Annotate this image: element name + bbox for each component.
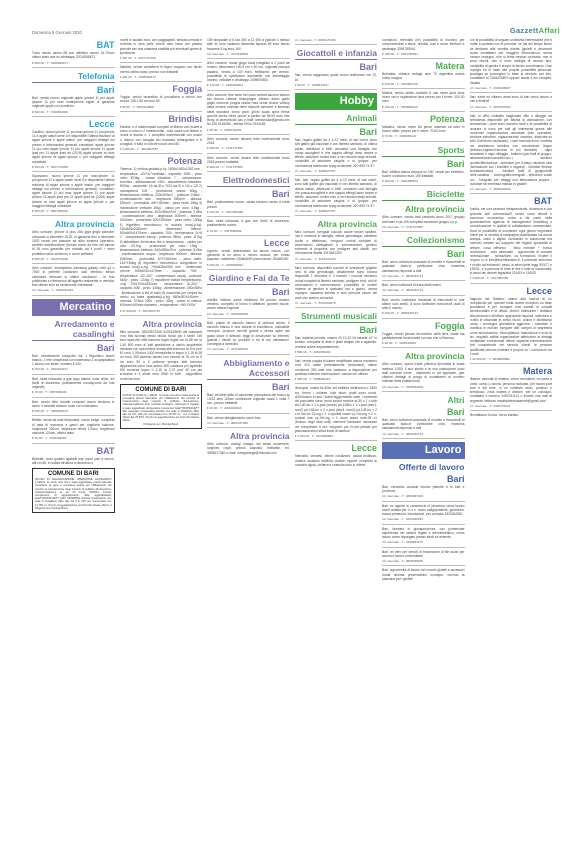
ad-price: € 600,00 - T.: 3711737865: [207, 165, 290, 172]
column-5: condizioni. eternalla (re) possibilità d…: [382, 38, 465, 828]
ad-price: € 100,00 - T.: 3408096116: [382, 105, 465, 112]
divider: [207, 284, 290, 285]
ad-text: Foggia, vendo piccolo tecomelivo della l…: [382, 332, 465, 341]
ad-price: € 34.000,00 - T.: 0848580806: [470, 357, 553, 364]
ad-price: Inf. riservate - T.: 0006176196: [295, 38, 378, 45]
public-notice-box: COMUNE DI BARI AVVISO DI AGGIUDICAZIONE …: [32, 468, 115, 513]
ad-price: € 3.400,00 - T.: 0110968959: [295, 434, 378, 441]
divider: [32, 82, 115, 83]
divider: [382, 200, 465, 201]
ad-text: Monopoli, roland td-30kv set batteria el…: [295, 386, 378, 433]
ad-price: € 50,00 - T.: 3208944157: [295, 83, 378, 90]
ad-price: Inf. riservate - T.: 3492761113: [470, 404, 553, 411]
notice-text: AVVISO DI GARA N. L.190/21. Si rende not…: [123, 394, 200, 423]
ad-text: Bari, cerco collezioni avanzate di monet…: [382, 418, 465, 431]
section-heading-altra-provincia: Altra provincia: [32, 219, 115, 229]
ad-text: Bari, stufa infrarossi a gas con livelli…: [207, 219, 290, 228]
ad-price: € 3.000,00 - T.: 3317580396: [470, 276, 553, 283]
ad-text: Bari, salve mi chiamo anna sono di bari …: [470, 95, 553, 104]
category-heading-giocattoli: Giocattoli e infanzia: [295, 48, 378, 58]
divider: [382, 246, 465, 247]
section-heading-bari: Bari: [32, 343, 115, 353]
column-4: Inf. riservate - T.: 0006176196 Giocatto…: [295, 38, 378, 828]
ad-text: Matera, vendo alesis multimix 8 usb mixe…: [382, 91, 465, 104]
ad-price: € 95,00 - T.: 3280126256: [207, 128, 290, 135]
ad-text: Altro comune, orologi omega, nel swiss m…: [207, 442, 290, 455]
section-heading-bari: Bari: [295, 62, 378, 72]
ad-text: Bagnolo del Salento, siamo alla ricerca …: [470, 297, 553, 357]
section-heading-bari: Bari: [382, 159, 465, 169]
ad-text: Altro comune, iphone 8 plus 256 giga gri…: [32, 230, 115, 256]
ad-text: Trani, vendo canon 68 con obiettivo cano…: [32, 51, 115, 60]
ad-text: Ugento, vendo attrezzatura da lavoro nuo…: [207, 249, 290, 262]
category-heading-altri: Altri: [382, 395, 465, 405]
ad-text: Bari, opportunità di lavoro nel mondo gi…: [382, 568, 465, 581]
section-heading-altra-provincia: Altra provincia: [382, 351, 465, 361]
ad-price: € 300,00 - T.: 3408096116: [295, 377, 378, 384]
ad-text: Montalbano Jonico, cerco barista: [470, 413, 553, 417]
ad-price: Inf. riservate - T.: 3333342651: [382, 517, 465, 524]
ad-price: € 400,00 - T.: 0697909022: [32, 209, 115, 216]
ad-text: condizioni. eternalla (re) possibilità d…: [382, 38, 465, 51]
ad-text: Bari, cerco collezioni avanzate di monet…: [382, 260, 465, 273]
macro-heading-hobby: Hobby: [295, 93, 378, 110]
ad-price: Inf. riservate - T.: 3485044343: [32, 288, 115, 295]
ad-text: Casilino, nuovo iphone 11 pro max,iphone…: [32, 130, 115, 164]
ad-price: € 300,00 - T.: 3338696870: [120, 75, 203, 82]
ad-price: € 80,00 - T.: 3803420808: [120, 105, 203, 112]
ad-text: Bari, vendesi abito di carnevale princip…: [207, 393, 290, 406]
section-heading-altra-provincia: Altra provincia: [120, 319, 203, 329]
category-heading-giardino: Giardino e Fai da Te: [207, 273, 290, 283]
category-heading-animali: Animali: [295, 113, 378, 123]
ad-text: Bari, vendo nuovo originale apple iphone…: [32, 96, 115, 109]
ad-price: € 27.000,00 - T.: 3667904779: [120, 309, 203, 316]
ad-text: Maratea, vendo mixer fbt perso maximix s…: [382, 125, 465, 134]
category-heading-biciclette: Biciclette: [382, 189, 465, 199]
ad-text: Altro comune, vendo devano letto matrimo…: [207, 137, 290, 146]
notice-title: COMUNE DI BARI: [35, 471, 112, 478]
ad-text: Bari, praticamente nuovo, causa trasloco…: [207, 200, 290, 209]
ad-price: € 70,00 - T.: 3336448092: [32, 436, 115, 443]
ad-text: Bari, laureato in giurisprudenza, con pl…: [382, 527, 465, 540]
ad-price: Inf. riservate - T.: 3891257952: [470, 105, 553, 112]
ad-text: inserti in acciaio inox, con poggiapiedi…: [120, 38, 203, 55]
ad-price: € 195,00 - T.: 3394785941: [382, 52, 465, 59]
ad-price: Inf. riservate - T.: 3808245030: [382, 559, 465, 566]
category-heading-elettrodomestici: Elettrodomestici: [207, 175, 290, 185]
ad-price: Inf. riservate - T.: 3806097409: [382, 494, 465, 501]
ad-text: Andria, sei una persona intraprendente, …: [470, 207, 553, 275]
ad-text: Altro comune, baule giogo bauli intaglia…: [207, 61, 290, 82]
ad-text: Bari, cerciamo custode munito patente b …: [382, 485, 465, 494]
ad-text: Bari, bari, regalo gattini da 4 a 12 mes…: [295, 178, 378, 208]
column-2: inserti in acciaio inox, con poggiapiedi…: [120, 38, 203, 828]
section-heading-brindisi: Brindisi: [120, 114, 203, 124]
ad-price: € 100,00 - T.: 3201588876: [382, 179, 465, 186]
page-date: Domenica 5 Gennaio 2020: [32, 30, 82, 35]
ad-text: Bari, batteria premier, misure 20,10,12,…: [295, 336, 378, 349]
section-heading-bari: Bari: [382, 474, 465, 484]
ad-price: € 600,00 - T.: 7009562960: [32, 110, 115, 117]
ad-price: € 120,00 - T.: 3367066036: [207, 210, 290, 217]
ad-text: Altro comune, smartphone samsung galaxy …: [32, 266, 115, 287]
logo-part-1: Gazzett: [510, 26, 539, 35]
divider: [382, 156, 465, 157]
ad-price: Inf. riservate - T.: 3343263676: [295, 301, 378, 308]
ad-price: € 400,00 - T.: 3496528091: [207, 263, 290, 270]
ad-text: Bari, stufa infrarossi a gas argo hamra,…: [32, 377, 115, 390]
section-heading-bari: Bari: [295, 325, 378, 335]
ad-price: € 400,00 - T.: 0027079050: [32, 165, 115, 172]
ad-price: € 530,00 - T.: 3486035675: [32, 409, 115, 416]
ad-price: Inf. riservate - T.: 3479126830: [207, 52, 290, 59]
ad-text: Bari, si offre contratto stagionale vitt…: [470, 114, 553, 186]
ad-text: con la possibilità di seguire un'attivit…: [470, 38, 553, 85]
divider: [207, 379, 290, 380]
ad-text: Altro comune, vendo divano letto matrimo…: [207, 156, 290, 165]
ad-price: € 900,00 - T.: 3208066671: [32, 61, 115, 68]
section-heading-foggia: Foggia: [120, 84, 203, 94]
ad-price: € 70,00 - T.: 3357686936: [32, 390, 115, 397]
ad-price: Inf. riservate - T.: 3371008162: [207, 347, 290, 354]
ad-text: Bari, vendo letto moretti compact nuovo …: [32, 400, 115, 409]
divider: [32, 340, 115, 341]
section-heading-altra-provincia: Altra provincia: [382, 204, 465, 214]
category-heading-abbigliamento: Abbigliamento e Accessori: [207, 358, 290, 378]
ad-price: Inf. riservate - T.: 3711737885: [382, 225, 465, 232]
category-heading-collezionismo: Collezionismo: [382, 235, 465, 245]
section-heading-bari: Bari: [382, 249, 465, 259]
ad-text: Foggia, vendo lavandino di porcellana a …: [120, 95, 203, 104]
ad-price: € 40,00 - T.: 3208118881: [382, 341, 465, 348]
ad-text: Altro comune, bengala cuccioli colore br…: [295, 230, 378, 256]
section-heading-lecce: Lecce: [207, 238, 290, 248]
ad-price: Inf. riservate - T.: 3800000000: [470, 187, 553, 194]
ad-text: Bari, ex agente di commercio in pensione…: [382, 504, 465, 517]
notice-signature: Il Dirigente Avv. Pierluigi Bucci: [123, 423, 200, 426]
section-heading-potenza: Potenza: [382, 114, 465, 124]
ad-text: Bari, regalo gattini da 4 a 12 mesi, di …: [295, 138, 378, 168]
classifieds-columns: BAT Trani, vendo canon 68 con obiettivo …: [32, 38, 552, 828]
ad-price: € 320,00 - T.: 3337727298: [120, 56, 203, 63]
divider: [295, 59, 378, 60]
section-heading-altra-provincia: Altra provincia: [295, 219, 378, 229]
category-heading-telefonia: Telefonia: [32, 71, 115, 81]
ad-price: € 170,00 - T.: 3495005801: [207, 83, 290, 90]
section-heading-lecce: Lecce: [32, 119, 115, 129]
publication-logo: GazzettAffari: [510, 26, 560, 35]
ad-text: Bari, vendo abbigliamento come foto: [207, 416, 290, 420]
section-heading-lecce: Lecce: [295, 443, 378, 453]
ad-price: € 30,00 - T.: 3206004343: [207, 406, 290, 413]
ad-price: € 100,00 - T.: 3492184917: [32, 367, 115, 374]
section-heading-lecce: Lecce: [470, 286, 553, 296]
ad-price: Inf. riservate - T.: 3409058260: [207, 312, 290, 319]
logo-part-2: Affari: [539, 26, 560, 35]
section-heading-bari: Bari: [382, 407, 465, 417]
ad-price: € 70,00 - T.: 3357686936: [207, 229, 290, 236]
ad-price: € 1.000,00 - T.: 3484663357: [120, 147, 203, 154]
section-heading-matera: Matera: [382, 61, 465, 71]
ad-price: Inf. riservate - T.: 3808233714: [382, 288, 465, 295]
column-6: con la possibilità di seguire un'attivit…: [470, 38, 553, 828]
section-heading-bari: Bari: [207, 189, 290, 199]
notice-title: COMUNE DI BARI: [123, 387, 200, 394]
section-heading-bari: Bari: [207, 287, 290, 297]
macro-heading-mercatino: Mercatino: [32, 299, 115, 316]
divider: [207, 186, 290, 187]
ad-text: Bari, cerco collezioni di francobolli es…: [382, 283, 465, 287]
section-heading-bari: Bari: [295, 127, 378, 137]
ad-text: Squinzano, nuovo iphone 11 pro max,iphon…: [32, 174, 115, 208]
section-heading-altra-provincia: Altra provincia: [207, 431, 290, 441]
ad-price: € 70,00 - T.: 3496058140: [382, 134, 465, 141]
section-heading-bat: BAT: [470, 196, 553, 206]
public-notice-box: COMUNE DI BARI AVVISO DI GARA N. L.190/2…: [120, 384, 203, 429]
ad-text: Altro comune, 08333572305 3478125630 dei…: [120, 330, 203, 381]
ad-price: € 595,00 - T.: 3315073296: [32, 257, 115, 264]
ad-text: Bitritto, tenda da sole tempotest, color…: [32, 418, 115, 435]
ad-price: Inf. riservate - T.: 3208907497: [295, 209, 378, 216]
ad-price: € 600,00 - T.: 3711737865: [207, 146, 290, 153]
ad-text: Barletta, cedo quattro sgabelli bay yoom…: [32, 457, 115, 466]
ad-text: Bari, ellittica marca domyos ve 230, ven…: [382, 170, 465, 179]
category-heading-arredamento: Arredamento e casalinghi: [32, 319, 115, 339]
ad-price: Inf. riservate - T.: 3808233714: [382, 432, 465, 439]
section-heading-bari: Bari: [32, 85, 115, 95]
ad-text: Bari, mi offro per servizi di trascrizio…: [382, 550, 465, 559]
divider: [295, 322, 378, 323]
ad-text: Bari, arredamento composto da: 1 frigori…: [32, 354, 115, 367]
notice-text: AVVISO DI AGGIUDICAZIONE OPERATORE ECONO…: [35, 478, 112, 510]
ad-text: Bari, vendo collezione mondiale di franc…: [382, 298, 465, 311]
ad-price: € 500,00 - T.: 3281999209: [295, 350, 378, 357]
ad-text: Bari, piante di carciofo bianco di perto…: [207, 321, 290, 347]
ad-text: 159 lampadari a 6 luci 350 a 12 450 a pp…: [207, 38, 290, 51]
category-heading-sports: Sports: [382, 145, 465, 155]
divider: [295, 124, 378, 125]
ad-text: Bari, vendo coppia di casse amplificate …: [295, 359, 378, 376]
section-heading-bat: BAT: [32, 446, 115, 456]
column-3: 159 lampadari a 6 luci 350 a 12 450 a pp…: [207, 38, 290, 828]
section-heading-potenza: Potenza: [120, 156, 203, 166]
ad-price: Inf. riservate - T.: 3808233714: [382, 274, 465, 281]
ad-text: Brindisi, n.4 matrimoniali completi di f…: [120, 125, 203, 146]
ad-text: Matera, azienda di matera, cerca consule…: [470, 377, 553, 403]
macro-heading-lavoro: Lavoro: [382, 442, 465, 459]
ad-price: € 160,00 - T.: 3808233714: [382, 311, 465, 318]
ad-price: Inf. riservate - T.: 3408093294: [382, 385, 465, 392]
ad-price: € 125,00 - T.: 3393654716: [382, 82, 465, 89]
category-heading-offerte-lavoro: Offerte di lavoro: [382, 462, 465, 472]
ad-text: Bernalda, chitarra vintage anni 70 argen…: [382, 72, 465, 81]
category-heading-strumenti-musicali: Strumenti musicali: [295, 311, 378, 321]
ad-text: Bari, vendo seggiolone quasi nuovo telef…: [295, 73, 378, 82]
section-heading-bat: BAT: [32, 40, 115, 50]
ad-price: Inf. riservate - T.: 3313641300: [295, 257, 378, 264]
ad-text: Barletta, vendo cristalliera in legno mo…: [120, 65, 203, 74]
ad-text: Altro comune, vendo trek carbonio anno 2…: [382, 215, 465, 224]
ad-text: Altro comune, disponibili cuccioli di sc…: [295, 266, 378, 300]
ad-price: Inf. riservate - T.: 3346425807: [470, 86, 553, 93]
ad-text: Sternatia, vendesi, ottime condizioni, c…: [295, 454, 378, 467]
section-heading-bari: Bari: [207, 382, 290, 392]
ad-text: Adelfia, trattore same minitauro 55 prez…: [207, 298, 290, 311]
section-heading-foggia: Foggia: [382, 321, 465, 331]
ad-price: Inf. riservate - T.: 0881257062: [207, 421, 290, 428]
ad-text: Potenza, 1) vetrina gelatad-p-fq: 1508x1…: [120, 167, 203, 307]
ad-price: Inf. riservate - T.: 3208907497: [295, 169, 378, 176]
section-heading-matera: Matera: [470, 366, 553, 376]
column-1: BAT Trani, vendo canon 68 con obiettivo …: [32, 38, 115, 828]
ad-price: Inf. riservate - T.: 3408384176: [382, 540, 465, 547]
ad-text: Altro comune, opera d'arte pittorica rip…: [382, 362, 465, 383]
ad-text: Altro comune, fine serie nei colori ambr…: [207, 93, 290, 127]
